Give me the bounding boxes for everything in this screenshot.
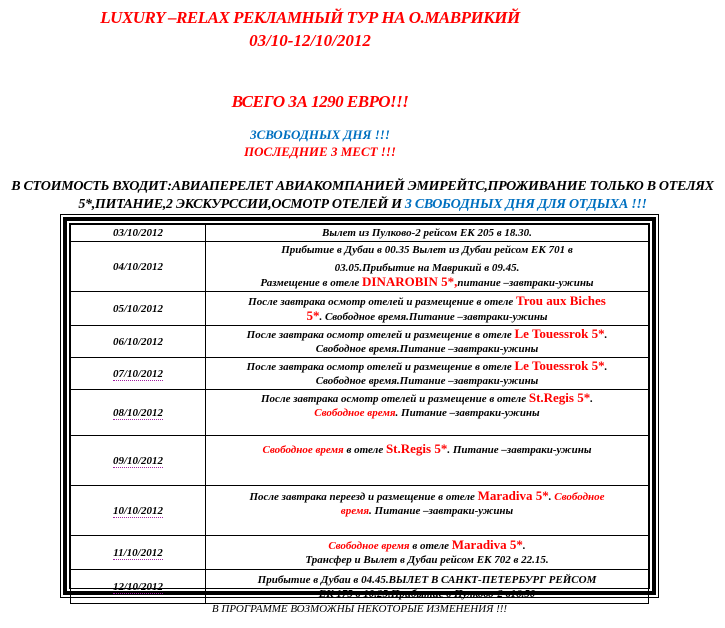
hotel-name: Le Touessrok 5* [515, 326, 605, 341]
program-change-note: В ПРОГРАММЕ ВОЗМОЖНЫ НЕКОТОРЫЕ ИЗМЕНЕНИЯ… [60, 603, 659, 615]
day-date: 03/10/2012 [71, 225, 206, 242]
day-description: Свободное время в отеле St.Regis 5*. Пит… [206, 436, 649, 486]
free-days-note: 3СВОБОДНЫХ ДНЯ !!! [60, 127, 580, 143]
hotel-name: St.Regis 5* [529, 390, 590, 405]
day-description: После завтрака осмотр отелей и размещени… [206, 326, 649, 358]
tour-title: LUXURY –RELAX РЕКЛАМНЫЙ ТУР НА О.МАВРИКИ… [30, 8, 590, 28]
day-description: Свободное время в отеле Maradiva 5*. Тра… [206, 536, 649, 570]
day-description: Прибытие в Дубаи в 04.45.ВЫЛЕТ В САНКТ-П… [206, 570, 649, 604]
table-row: 09/10/2012 Свободное время в отеле St.Re… [71, 436, 649, 486]
day-date: 08/10/2012 [71, 390, 206, 436]
day-date: 11/10/2012 [71, 536, 206, 570]
tour-dates: 03/10-12/10/2012 [30, 31, 590, 51]
table-row: 10/10/2012 После завтрака переезд и разм… [71, 486, 649, 536]
day-date: 09/10/2012 [71, 436, 206, 486]
day-date: 12/10/2012 [71, 570, 206, 604]
table-row: 08/10/2012 После завтрака осмотр отелей … [71, 390, 649, 436]
day-date: 10/10/2012 [71, 486, 206, 536]
itinerary-table-frame: 03/10/2012 Вылет из Пулково-2 рейсом ЕК … [60, 214, 659, 598]
itinerary-table: 03/10/2012 Вылет из Пулково-2 рейсом ЕК … [70, 224, 649, 604]
table-row: 06/10/2012 После завтрака осмотр отелей … [71, 326, 649, 358]
day-description: Вылет из Пулково-2 рейсом ЕК 205 в 18.30… [206, 225, 649, 242]
tour-price: ВСЕГО ЗА 1290 ЕВРО!!! [60, 92, 580, 112]
last-places-note: ПОСЛЕДНИЕ 3 МЕСТ !!! [60, 144, 580, 160]
hotel-name: Maradiva 5* [452, 537, 523, 552]
table-row: 11/10/2012 Свободное время в отеле Marad… [71, 536, 649, 570]
table-row: 04/10/2012 Прибытие в Дубаи в 00.35 Выле… [71, 242, 649, 292]
table-row: 03/10/2012 Вылет из Пулково-2 рейсом ЕК … [71, 225, 649, 242]
included-free-days: 3 СВОБОДНЫХ ДНЯ ДЛЯ ОТДЫХА !!! [405, 197, 647, 212]
hotel-name: DINAROBIN 5*, [362, 274, 457, 289]
day-date: 05/10/2012 [71, 292, 206, 326]
hotel-name: Trou aux Biches [516, 293, 606, 308]
table-row: 05/10/2012 После завтрака осмотр отелей … [71, 292, 649, 326]
day-description: Прибытие в Дубаи в 00.35 Вылет из Дубаи … [206, 242, 649, 292]
day-date: 06/10/2012 [71, 326, 206, 358]
day-date: 04/10/2012 [71, 242, 206, 292]
table-row: 07/10/2012 После завтрака осмотр отелей … [71, 358, 649, 390]
hotel-name: Maradiva 5* [478, 488, 549, 503]
day-description: После завтрака осмотр отелей и размещени… [206, 390, 649, 436]
day-description: После завтрака осмотр отелей и размещени… [206, 292, 649, 326]
hotel-name: St.Regis 5* [386, 441, 447, 456]
included-services: В СТОИМОСТЬ ВХОДИТ:АВИАПЕРЕЛЕТ АВИАКОМПА… [0, 178, 725, 214]
day-description: После завтрака осмотр отелей и размещени… [206, 358, 649, 390]
day-date: 07/10/2012 [71, 358, 206, 390]
day-description: После завтрака переезд и размещение в от… [206, 486, 649, 536]
table-row: 12/10/2012 Прибытие в Дубаи в 04.45.ВЫЛЕ… [71, 570, 649, 604]
hotel-name: Le Touessrok 5* [515, 358, 605, 373]
